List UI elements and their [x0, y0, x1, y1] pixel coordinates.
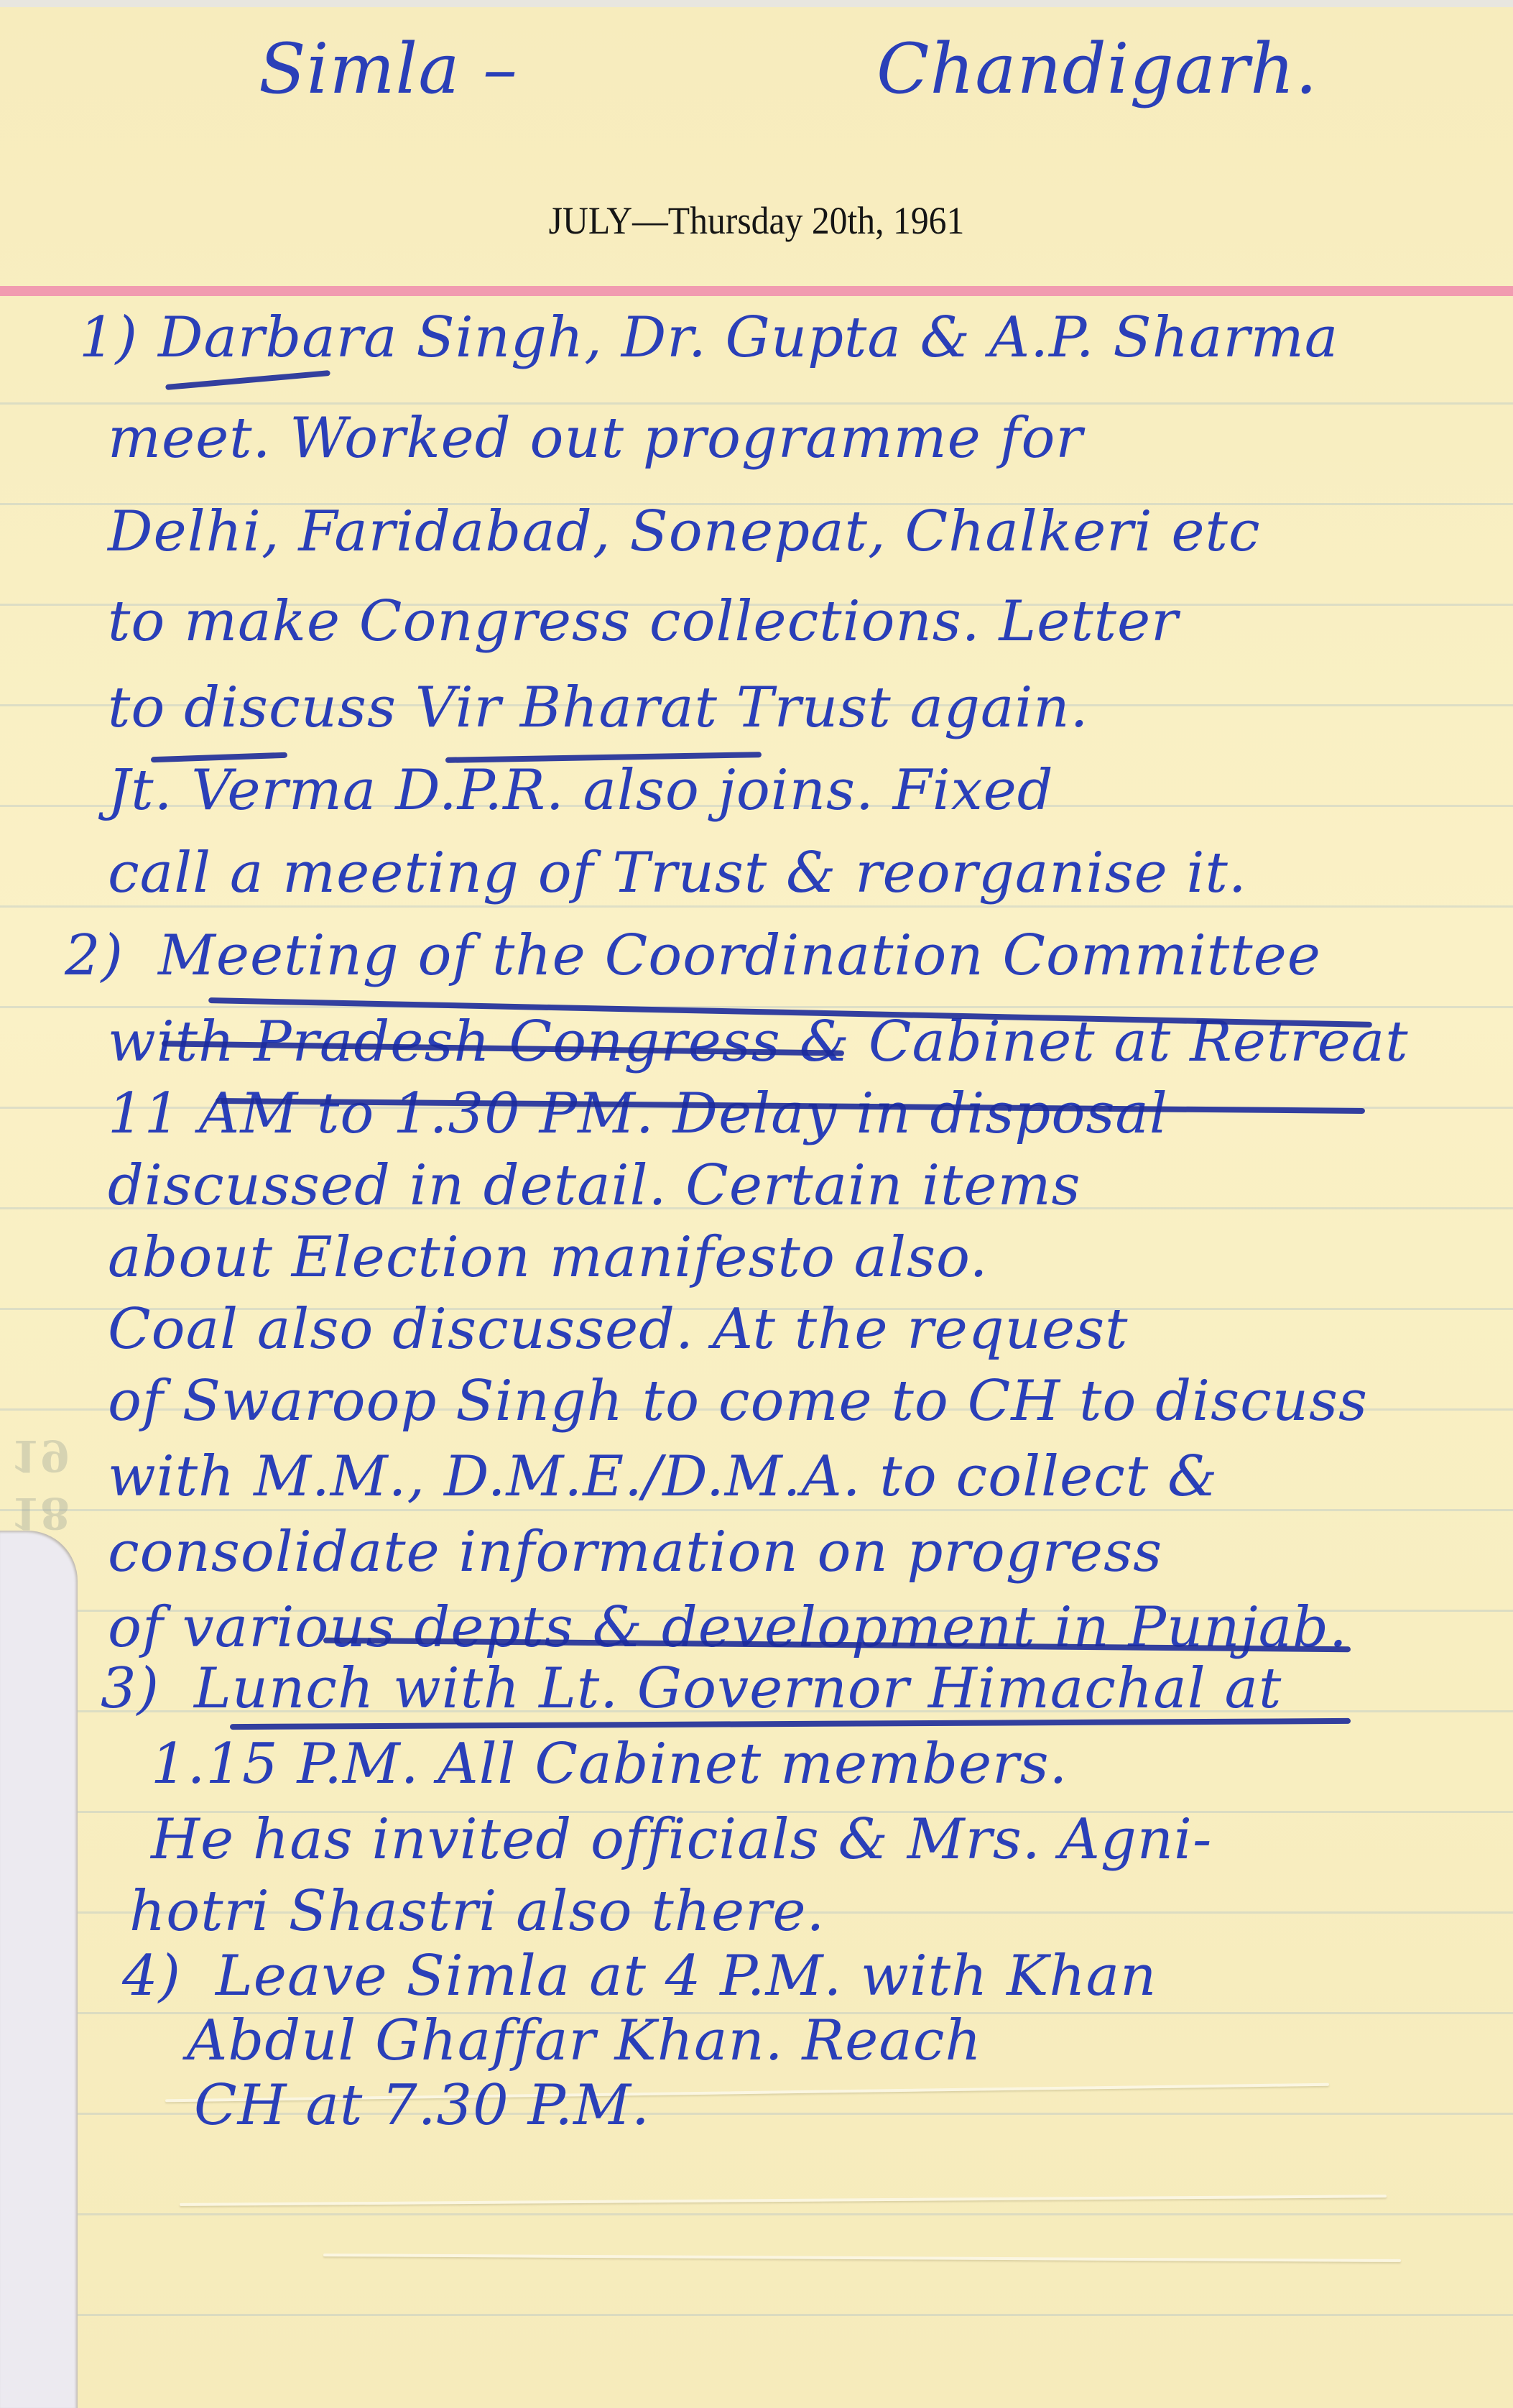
entry-number: 1)	[79, 302, 138, 374]
ghost-number-19: 19	[10, 1426, 70, 1484]
entry-line: with Pradesh Congress & Cabinet at Retre…	[108, 1006, 1409, 1078]
emboss-mark	[323, 2254, 1401, 2262]
location-from: Simla –	[259, 29, 518, 109]
entry-line: to make Congress collections. Letter	[108, 586, 1178, 658]
entry-number: 3)	[101, 1653, 159, 1725]
entry-number: 2)	[65, 920, 124, 992]
printed-date-heading: JULY—Thursday 20th, 1961	[60, 198, 1453, 243]
entry-line: CH at 7.30 P.M.	[194, 2070, 650, 2141]
entry-line: to discuss Vir Bharat Trust again.	[108, 672, 1088, 744]
entry-number: 4)	[122, 1940, 181, 2012]
ruled-line	[0, 2213, 1513, 2215]
page-top-edge	[0, 0, 1513, 7]
entry-line: 11 AM to 1.30 PM. Delay in disposal	[108, 1078, 1168, 1150]
entry-line: Abdul Ghaffar Khan. Reach	[187, 2005, 982, 2077]
entry-line: Delhi, Faridabad, Sonepat, Chalkeri etc	[108, 496, 1261, 568]
pink-margin-rule	[0, 286, 1513, 296]
index-tab-cutout	[0, 1531, 78, 2408]
entry-line: meet. Worked out programme for	[108, 402, 1083, 474]
entry-line: with M.M., D.M.E./D.M.A. to collect &	[108, 1441, 1218, 1513]
entry-line: of Swaroop Singh to come to CH to discus…	[108, 1365, 1368, 1437]
entry-line: Meeting of the Coordination Committee	[158, 920, 1321, 992]
emboss-mark	[180, 2195, 1387, 2206]
entry-line: Darbara Singh, Dr. Gupta & A.P. Sharma	[158, 302, 1338, 374]
entry-line: Coal also discussed. At the request	[108, 1293, 1128, 1365]
entry-line: call a meeting of Trust & reorganise it.	[108, 837, 1247, 909]
faint-page-numbers: 18 19	[10, 1426, 70, 1541]
entry-line: He has invited officials & Mrs. Agni-	[151, 1804, 1212, 1876]
location-to: Chandigarh.	[876, 29, 1318, 109]
entry-line: consolidate information on progress	[108, 1516, 1162, 1588]
entry-line: hotri Shastri also there.	[129, 1876, 825, 1947]
entry-line: Jt. Verma D.P.R. also joins. Fixed	[108, 755, 1054, 826]
entry-line: Leave Simla at 4 P.M. with Khan	[216, 1940, 1157, 2012]
entry-line: Lunch with Lt. Governor Himachal at	[194, 1653, 1282, 1725]
diary-page: 18 19 Simla – Chandigarh. JULY—Thursday …	[0, 0, 1513, 2408]
entry-line: about Election manifesto also.	[108, 1222, 988, 1293]
entry-line: 1.15 P.M. All Cabinet members.	[151, 1728, 1068, 1800]
entry-line: discussed in detail. Certain items	[108, 1150, 1081, 1222]
ruled-line	[0, 2314, 1513, 2316]
